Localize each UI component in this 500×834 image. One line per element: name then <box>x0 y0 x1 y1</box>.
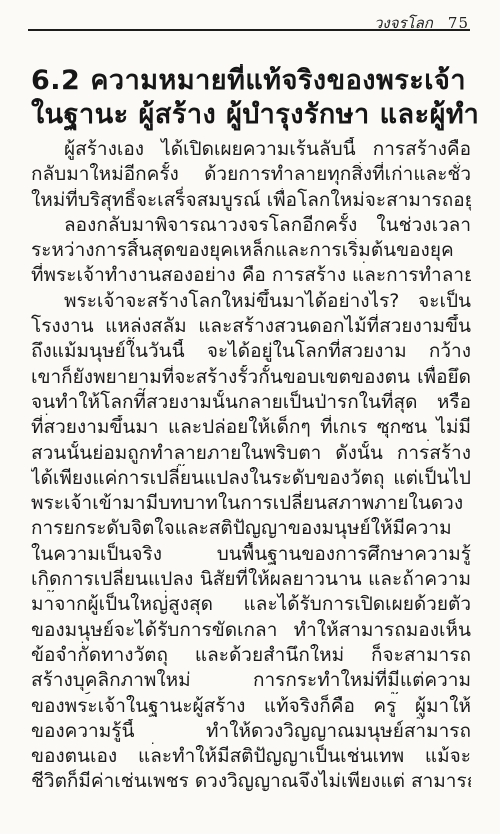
text-line: พระเจ้าจะสร้างโลกใหม่ขึ้นมาได้อย่างไร? จ… <box>31 289 471 314</box>
text-line: กลับมาใหม่อีกครั้ง ด้วยการทำลายทุกสิ่งที… <box>31 162 471 187</box>
text-line: ผู้สร้างเอง ได้เปิดเผยความเร้นลับนี้ การ… <box>31 137 471 162</box>
text-line: ของตนเอง และทำให้มีสติปัญญาเป็นเช่นเทพ แ… <box>31 744 471 769</box>
text-line: ถึงแม้มนุษย์ในวันนี้ จะได้อยู่ในโลกที่สว… <box>31 339 471 364</box>
running-head: วงจรโลก 75 <box>30 11 469 35</box>
text-line: ใหม่ที่บริสุทธิ์จะเสร็จสมบูรณ์ เพื่อโลกใ… <box>31 188 471 213</box>
text-line: โรงงาน แหล่งสลัม และสร้างสวนดอกไม้ที่สวย… <box>31 314 471 339</box>
text-line: ลองกลับมาพิจารณาวงจรโลกอีกครั้ง ในช่วงเว… <box>31 213 471 238</box>
text-line: ที่สวยงามขึ้นมา และปล่อยให้เด็กๆ ที่เกเร… <box>31 415 471 440</box>
text-line: ได้เพียงแค่การเปลี่ยนแปลงในระดับของวัตถุ… <box>31 466 471 491</box>
text-line: ข้อจำกัดทางวัตถุ และด้วยสำนึกใหม่ ก็จะสา… <box>31 643 471 668</box>
header-rule <box>28 29 470 31</box>
text-line: สร้างบุคลิกภาพใหม่ การกระทำใหม่ที่มีแต่ค… <box>31 668 471 693</box>
text-line: จนทำให้โลกที่สวยงามนั้นกลายเป็นป่ารกในที… <box>31 390 471 415</box>
text-line: เกิดการเปลี่ยนแปลง นิสัยที่ให้ผลยาวนาน แ… <box>31 567 471 592</box>
text-line: ของพระเจ้าในฐานะผู้สร้าง แท้จริงก็คือ คร… <box>31 694 471 719</box>
book-page: วงจรโลก 75 6.2ความหมายที่แท้จริงของพระเจ… <box>0 0 500 834</box>
section-number: 6.2 <box>31 65 80 96</box>
text-line: ของความรู้นี้ ทำให้ดวงวิญญาณมนุษย์สามารถ… <box>31 719 471 744</box>
text-line: ของมนุษย์จะได้รับการขัดเกลา ทำให้สามารถม… <box>31 618 471 643</box>
section-title: ความหมายที่แท้จริงของพระเจ้า <box>90 65 466 96</box>
section-heading-line-2: ในฐานะ ผู้สร้าง ผู้บำรุงรักษา และผู้ทำลา… <box>31 98 480 132</box>
body-text: ผู้สร้างเอง ได้เปิดเผยความเร้นลับนี้ การ… <box>31 137 471 795</box>
text-line: พระเจ้าเข้ามามีบทบาทในการเปลี่ยนสภาพภายใ… <box>31 491 471 516</box>
text-line: มาจากผู้เป็นใหญ่สูงสุด และได้รับการเปิดเ… <box>31 592 471 617</box>
text-line: การยกระดับจิตใจและสติปัญญาของมนุษย์ให้มี… <box>31 516 471 541</box>
section-heading-line-1: 6.2ความหมายที่แท้จริงของพระเจ้า <box>31 64 480 98</box>
running-head-book-title: วงจรโลก <box>374 11 433 35</box>
text-line: ในความเป็นจริง บนพื้นฐานของการศึกษาความร… <box>31 542 471 567</box>
text-line: ที่พระเจ้าทำงานสองอย่าง คือ การสร้าง และ… <box>31 263 471 288</box>
section-heading: 6.2ความหมายที่แท้จริงของพระเจ้า ในฐานะ ผ… <box>31 64 480 132</box>
text-line: เขาก็ยังพยายามที่จะสร้างรั้วกั้นขอบเขตขอ… <box>31 365 471 390</box>
text-line: ชีวิตก็มีค่าเช่นเพชร ดวงวิญญาณจึงไม่เพีย… <box>31 769 471 794</box>
text-line: สวนนั้นย่อมถูกทำลายภายในพริบตา ดังนั้น ก… <box>31 441 471 466</box>
text-line: ระหว่างการสิ้นสุดของยุคเหล็กและการเริ่มต… <box>31 238 471 263</box>
